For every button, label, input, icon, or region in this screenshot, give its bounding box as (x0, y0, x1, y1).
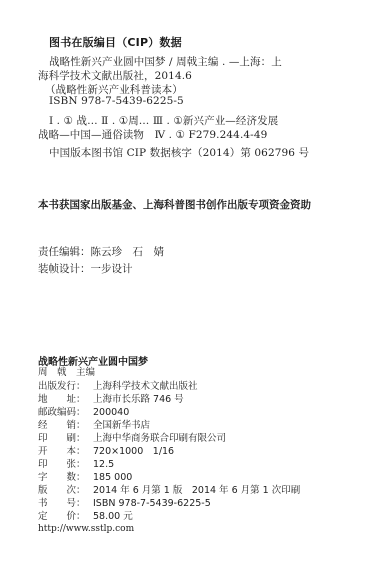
row-value: 185 000 (93, 472, 132, 483)
cip-isbn: ISBN 978-7-5439-6225-5 (49, 95, 184, 107)
row-value: 上海中华商务联合印刷有限公司 (93, 433, 226, 444)
row-label: 书 号： (38, 497, 93, 510)
row-value: 全国新华书店 (93, 420, 150, 431)
cip-record-number: 中国版本图书馆 CIP 数据核字（2014）第 062796 号 (49, 145, 309, 160)
imprint-row-address: 地 址：上海市长乐路 746 号 (38, 393, 184, 406)
row-label: 印 刷： (38, 432, 93, 445)
imprint-row-isbn: 书 号：ISBN 978-7-5439-6225-5 (38, 497, 211, 510)
publisher-url[interactable]: http://www.sstlp.com (38, 524, 134, 534)
row-label: 地 址： (38, 393, 93, 406)
row-label: 字 数： (38, 471, 93, 484)
cip-classification: Ⅰ . ① 战… Ⅱ . ①周… Ⅲ . ①新兴产业—经济发展 (49, 113, 278, 128)
row-value: 12.5 (93, 459, 114, 470)
imprint-row-format: 开 本：720×1000 1/16 (38, 445, 174, 458)
imprint-row-postcode: 邮政编码：200040 (38, 406, 129, 419)
credit-value: 一步设计 (91, 263, 133, 275)
row-value: 720×1000 1/16 (93, 446, 174, 457)
credit-editor: 责任编辑：陈云珍 石 婧 (38, 244, 164, 259)
funding-note: 本书获国家出版基金、上海科普图书创作出版专项资金资助 (38, 197, 311, 212)
row-label: 出版发行： (38, 380, 93, 393)
credit-label: 责任编辑： (38, 246, 91, 258)
cip-line: 海科学技术文献出版社，2014.6 (38, 68, 192, 83)
row-label: 邮政编码： (38, 406, 93, 419)
row-label: 经 销： (38, 419, 93, 432)
row-value: 58.00 元 (93, 511, 133, 522)
row-value: 上海科学技术文献出版社 (93, 381, 198, 392)
imprint-row-distributor: 经 销：全国新华书店 (38, 419, 150, 432)
row-value: 2014 年 6 月第 1 版 2014 年 6 月第 1 次印刷 (93, 485, 300, 496)
row-label: 定 价： (38, 510, 93, 523)
imprint-editor: 周 戟 主编 (38, 366, 95, 379)
row-label: 版 次： (38, 484, 93, 497)
credit-designer: 装帧设计：一步设计 (38, 261, 133, 276)
imprint-row-sheets: 印 张：12.5 (38, 458, 114, 471)
cip-classification: 战略—中国—通俗读物 Ⅳ . ① F279.244.4-49 (38, 127, 267, 142)
row-value: 200040 (93, 407, 129, 418)
imprint-row-price: 定 价：58.00 元 (38, 510, 133, 523)
imprint-row-publisher: 出版发行：上海科学技术文献出版社 (38, 380, 198, 393)
imprint-row-edition: 版 次：2014 年 6 月第 1 版 2014 年 6 月第 1 次印刷 (38, 484, 300, 497)
row-label: 开 本： (38, 445, 93, 458)
row-value: 上海市长乐路 746 号 (93, 394, 184, 405)
row-label: 印 张： (38, 458, 93, 471)
credit-value: 陈云珍 石 婧 (91, 246, 165, 258)
cip-line: 战略性新兴产业圆中国梦 / 周戟主编 . —上海：上 (49, 54, 282, 69)
imprint-row-printer: 印 刷：上海中华商务联合印刷有限公司 (38, 432, 226, 445)
row-value: ISBN 978-7-5439-6225-5 (93, 498, 211, 509)
cip-title: 图书在版编目（CIP）数据 (49, 34, 182, 50)
credit-label: 装帧设计： (38, 263, 91, 275)
imprint-row-wordcount: 字 数：185 000 (38, 471, 132, 484)
